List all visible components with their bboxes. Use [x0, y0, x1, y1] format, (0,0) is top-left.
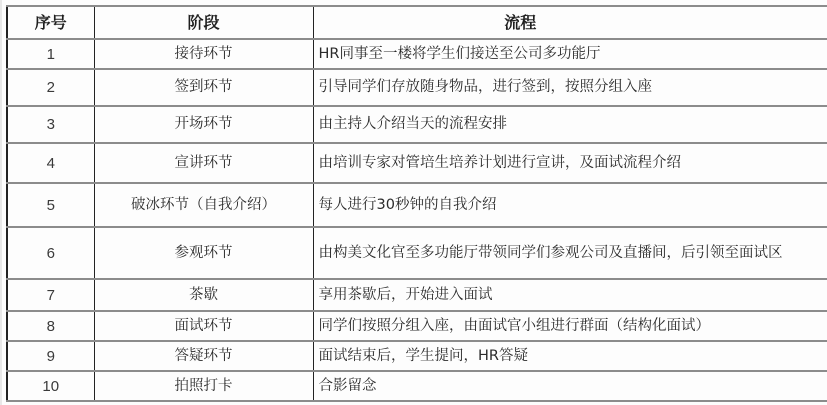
row-flow: 合影留念 — [313, 371, 827, 401]
row-number: 7 — [7, 279, 94, 311]
table-row: 2签到环节引导同学们存放随身物品，进行签到，按照分组入座 — [7, 69, 827, 106]
table-row: 7茶歇享用茶歇后，开始进入面试 — [7, 279, 827, 311]
table-header-row: 序号 阶段 流程 — [7, 6, 827, 39]
row-stage: 参观环节 — [94, 227, 313, 279]
row-stage: 答疑环节 — [94, 341, 313, 371]
row-flow: 同学们按照分组入座，由面试官小组进行群面（结构化面试） — [313, 311, 827, 341]
header-flow: 流程 — [313, 6, 827, 39]
row-flow: 享用茶歇后，开始进入面试 — [313, 279, 827, 311]
row-number: 9 — [7, 341, 94, 371]
row-number: 6 — [7, 227, 94, 279]
table-row: 4宣讲环节由培训专家对管培生培养计划进行宣讲，及面试流程介绍 — [7, 143, 827, 183]
row-stage: 接待环节 — [94, 39, 313, 69]
table-row: 6参观环节由构美文化官至多功能厅带领同学们参观公司及直播间，后引领至面试区 — [7, 227, 827, 279]
row-flow: 由构美文化官至多功能厅带领同学们参观公司及直播间，后引领至面试区 — [313, 227, 827, 279]
row-number: 8 — [7, 311, 94, 341]
table-row: 8面试环节同学们按照分组入座，由面试官小组进行群面（结构化面试） — [7, 311, 827, 341]
row-stage: 签到环节 — [94, 69, 313, 106]
row-stage: 面试环节 — [94, 311, 313, 341]
table-row: 1接待环节HR同事至一楼将学生们接送至公司多功能厅 — [7, 39, 827, 69]
table-row: 10拍照打卡合影留念 — [7, 371, 827, 401]
header-stage: 阶段 — [94, 6, 313, 39]
row-stage: 破冰环节（自我介绍） — [94, 183, 313, 227]
row-number: 1 — [7, 39, 94, 69]
header-number: 序号 — [7, 6, 94, 39]
document-page: 序号 阶段 流程 1接待环节HR同事至一楼将学生们接送至公司多功能厅2签到环节引… — [0, 0, 827, 405]
row-number: 3 — [7, 106, 94, 143]
row-flow: 由培训专家对管培生培养计划进行宣讲，及面试流程介绍 — [313, 143, 827, 183]
row-flow: HR同事至一楼将学生们接送至公司多功能厅 — [313, 39, 827, 69]
row-stage: 开场环节 — [94, 106, 313, 143]
table-row: 9答疑环节面试结束后，学生提问，HR答疑 — [7, 341, 827, 371]
row-flow: 每人进行30秒钟的自我介绍 — [313, 183, 827, 227]
row-number: 5 — [7, 183, 94, 227]
row-stage: 拍照打卡 — [94, 371, 313, 401]
table-row: 3开场环节由主持人介绍当天的流程安排 — [7, 106, 827, 143]
table-row: 5破冰环节（自我介绍）每人进行30秒钟的自我介绍 — [7, 183, 827, 227]
process-table: 序号 阶段 流程 1接待环节HR同事至一楼将学生们接送至公司多功能厅2签到环节引… — [6, 5, 827, 402]
row-stage: 茶歇 — [94, 279, 313, 311]
row-flow: 引导同学们存放随身物品，进行签到，按照分组入座 — [313, 69, 827, 106]
row-flow: 由主持人介绍当天的流程安排 — [313, 106, 827, 143]
row-number: 4 — [7, 143, 94, 183]
row-flow: 面试结束后，学生提问，HR答疑 — [313, 341, 827, 371]
row-stage: 宣讲环节 — [94, 143, 313, 183]
row-number: 2 — [7, 69, 94, 106]
page-edge — [0, 0, 2, 405]
row-number: 10 — [7, 371, 94, 401]
